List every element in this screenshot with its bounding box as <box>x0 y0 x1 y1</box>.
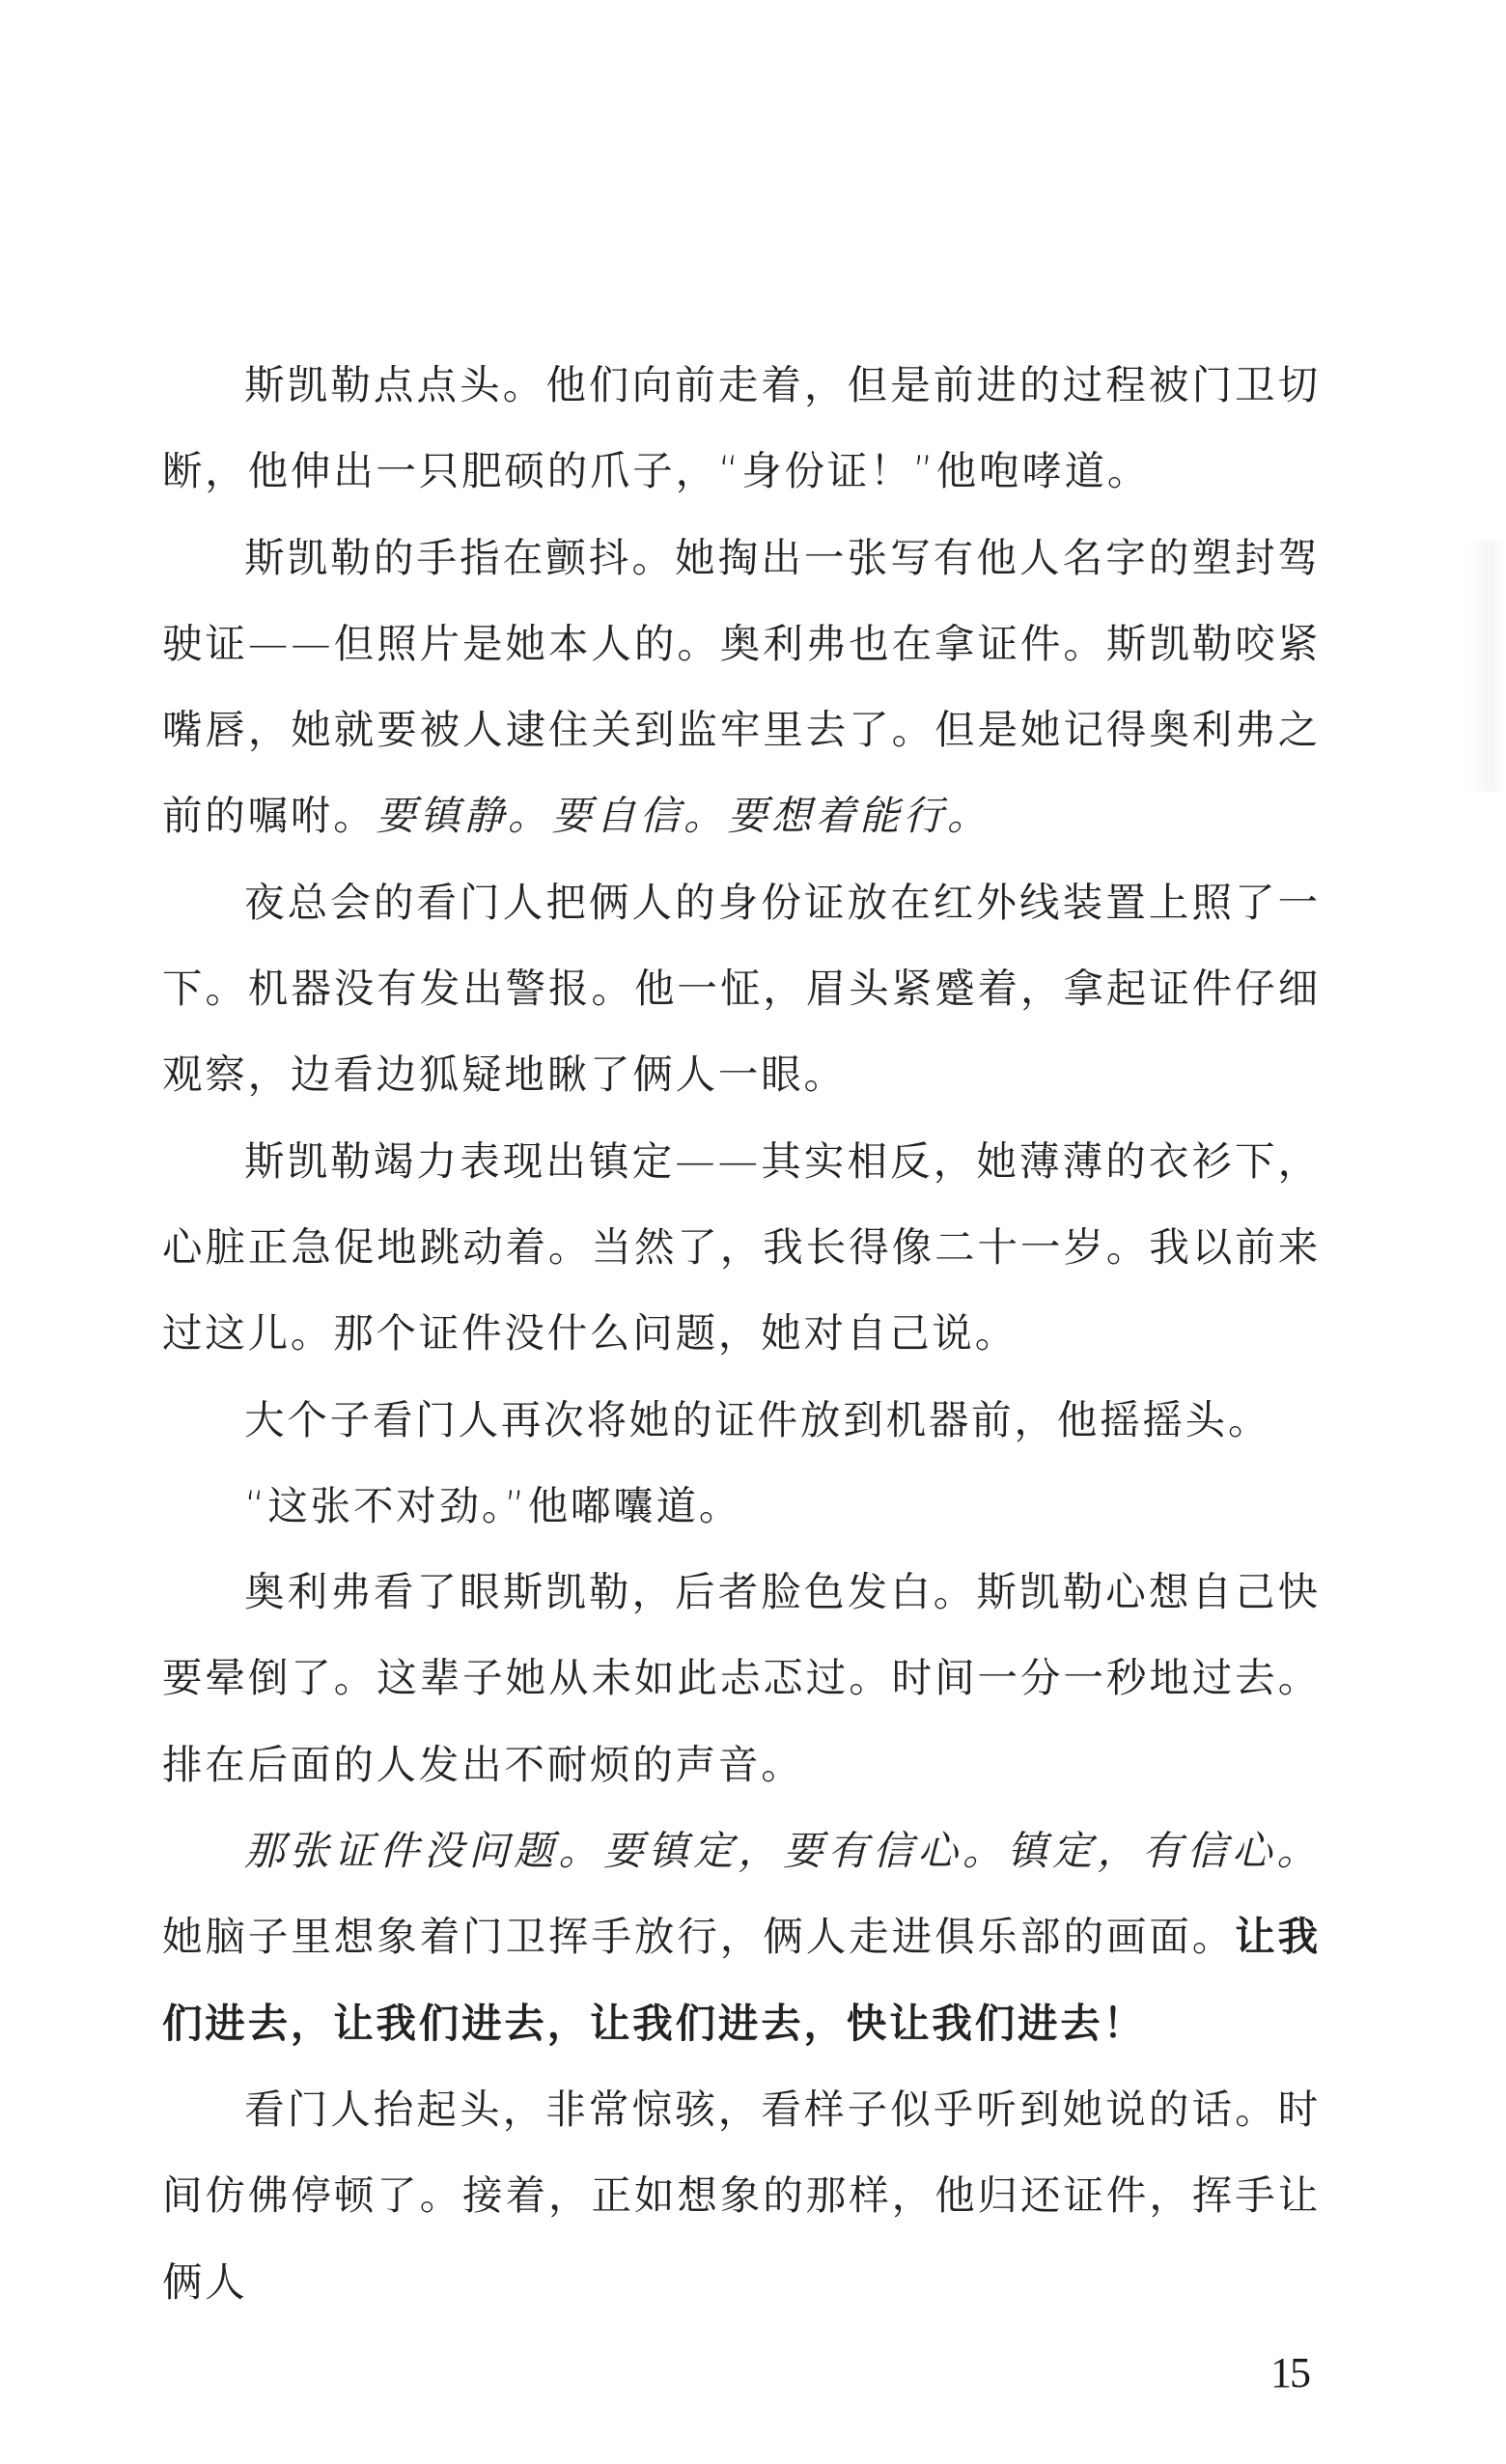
paragraph-9: 看门人抬起头，非常惊骇，看样子似乎听到她说的话。时间仿佛停顿了。接着，正如想象的… <box>162 2066 1321 2325</box>
inner-thought-text: 要镇静。要自信。要想着能行。 <box>376 792 991 839</box>
body-text: 斯凯勒点点头。他们向前走着，但是前进的过程被门卫切断，他伸出一只肥硕的爪子，“身… <box>162 342 1321 2325</box>
paragraph-text: 斯凯勒竭力表现出镇定——其实相反，她薄薄的衣衫下，心脏正急促地跳动着。当然了，我… <box>162 1137 1321 1358</box>
paragraph-text: 她脑子里想象着门卫挥手放行，俩人走进俱乐部的画面。 <box>162 1913 1235 1960</box>
dialogue-text: “这张不对劲。”他嘟囔道。 <box>244 1482 741 1529</box>
paragraph-text: 夜总会的看门人把俩人的身份证放在红外线装置上照了一下。机器没有发出警报。他一怔，… <box>162 879 1321 1099</box>
page-fold-shadow <box>1467 541 1506 792</box>
paragraph-text: 斯凯勒点点头。他们向前走着，但是前进的过程被门卫切断，他伸出一只肥硕的爪子，“身… <box>162 361 1321 494</box>
paragraph-text: 看门人抬起头，非常惊骇，看样子似乎听到她说的话。时间仿佛停顿了。接着，正如想象的… <box>162 2086 1321 2306</box>
paragraph-text: 奥利弗看了眼斯凯勒，后者脸色发白。斯凯勒心想自己快要晕倒了。这辈子她从未如此忐忑… <box>162 1568 1321 1788</box>
paragraph-4: 斯凯勒竭力表现出镇定——其实相反，她薄薄的衣衫下，心脏正急促地跳动着。当然了，我… <box>162 1118 1321 1377</box>
paragraph-7: 奥利弗看了眼斯凯勒，后者脸色发白。斯凯勒心想自己快要晕倒了。这辈子她从未如此忐忑… <box>162 1549 1321 1807</box>
paragraph-1: 斯凯勒点点头。他们向前走着，但是前进的过程被门卫切断，他伸出一只肥硕的爪子，“身… <box>162 342 1321 515</box>
paragraph-6: “这张不对劲。”他嘟囔道。 <box>162 1463 1321 1549</box>
paragraph-text: 大个子看门人再次将她的证件放到机器前，他摇摇头。 <box>244 1396 1270 1443</box>
book-page: 斯凯勒点点头。他们向前走着，但是前进的过程被门卫切断，他伸出一只肥硕的爪子，“身… <box>0 0 1506 2464</box>
page-number: 15 <box>1270 2348 1309 2397</box>
paragraph-8: 那张证件没问题。要镇定，要有信心。镇定，有信心。她脑子里想象着门卫挥手放行，俩人… <box>162 1807 1321 2066</box>
paragraph-2: 斯凯勒的手指在颤抖。她掏出一张写有他人名字的塑封驾驶证——但照片是她本人的。奥利… <box>162 515 1321 859</box>
inner-thought-text: 那张证件没问题。要镇定，要有信心。镇定，有信心。 <box>244 1827 1321 1874</box>
paragraph-5: 大个子看门人再次将她的证件放到机器前，他摇摇头。 <box>162 1377 1321 1463</box>
paragraph-3: 夜总会的看门人把俩人的身份证放在红外线装置上照了一下。机器没有发出警报。他一怔，… <box>162 859 1321 1118</box>
